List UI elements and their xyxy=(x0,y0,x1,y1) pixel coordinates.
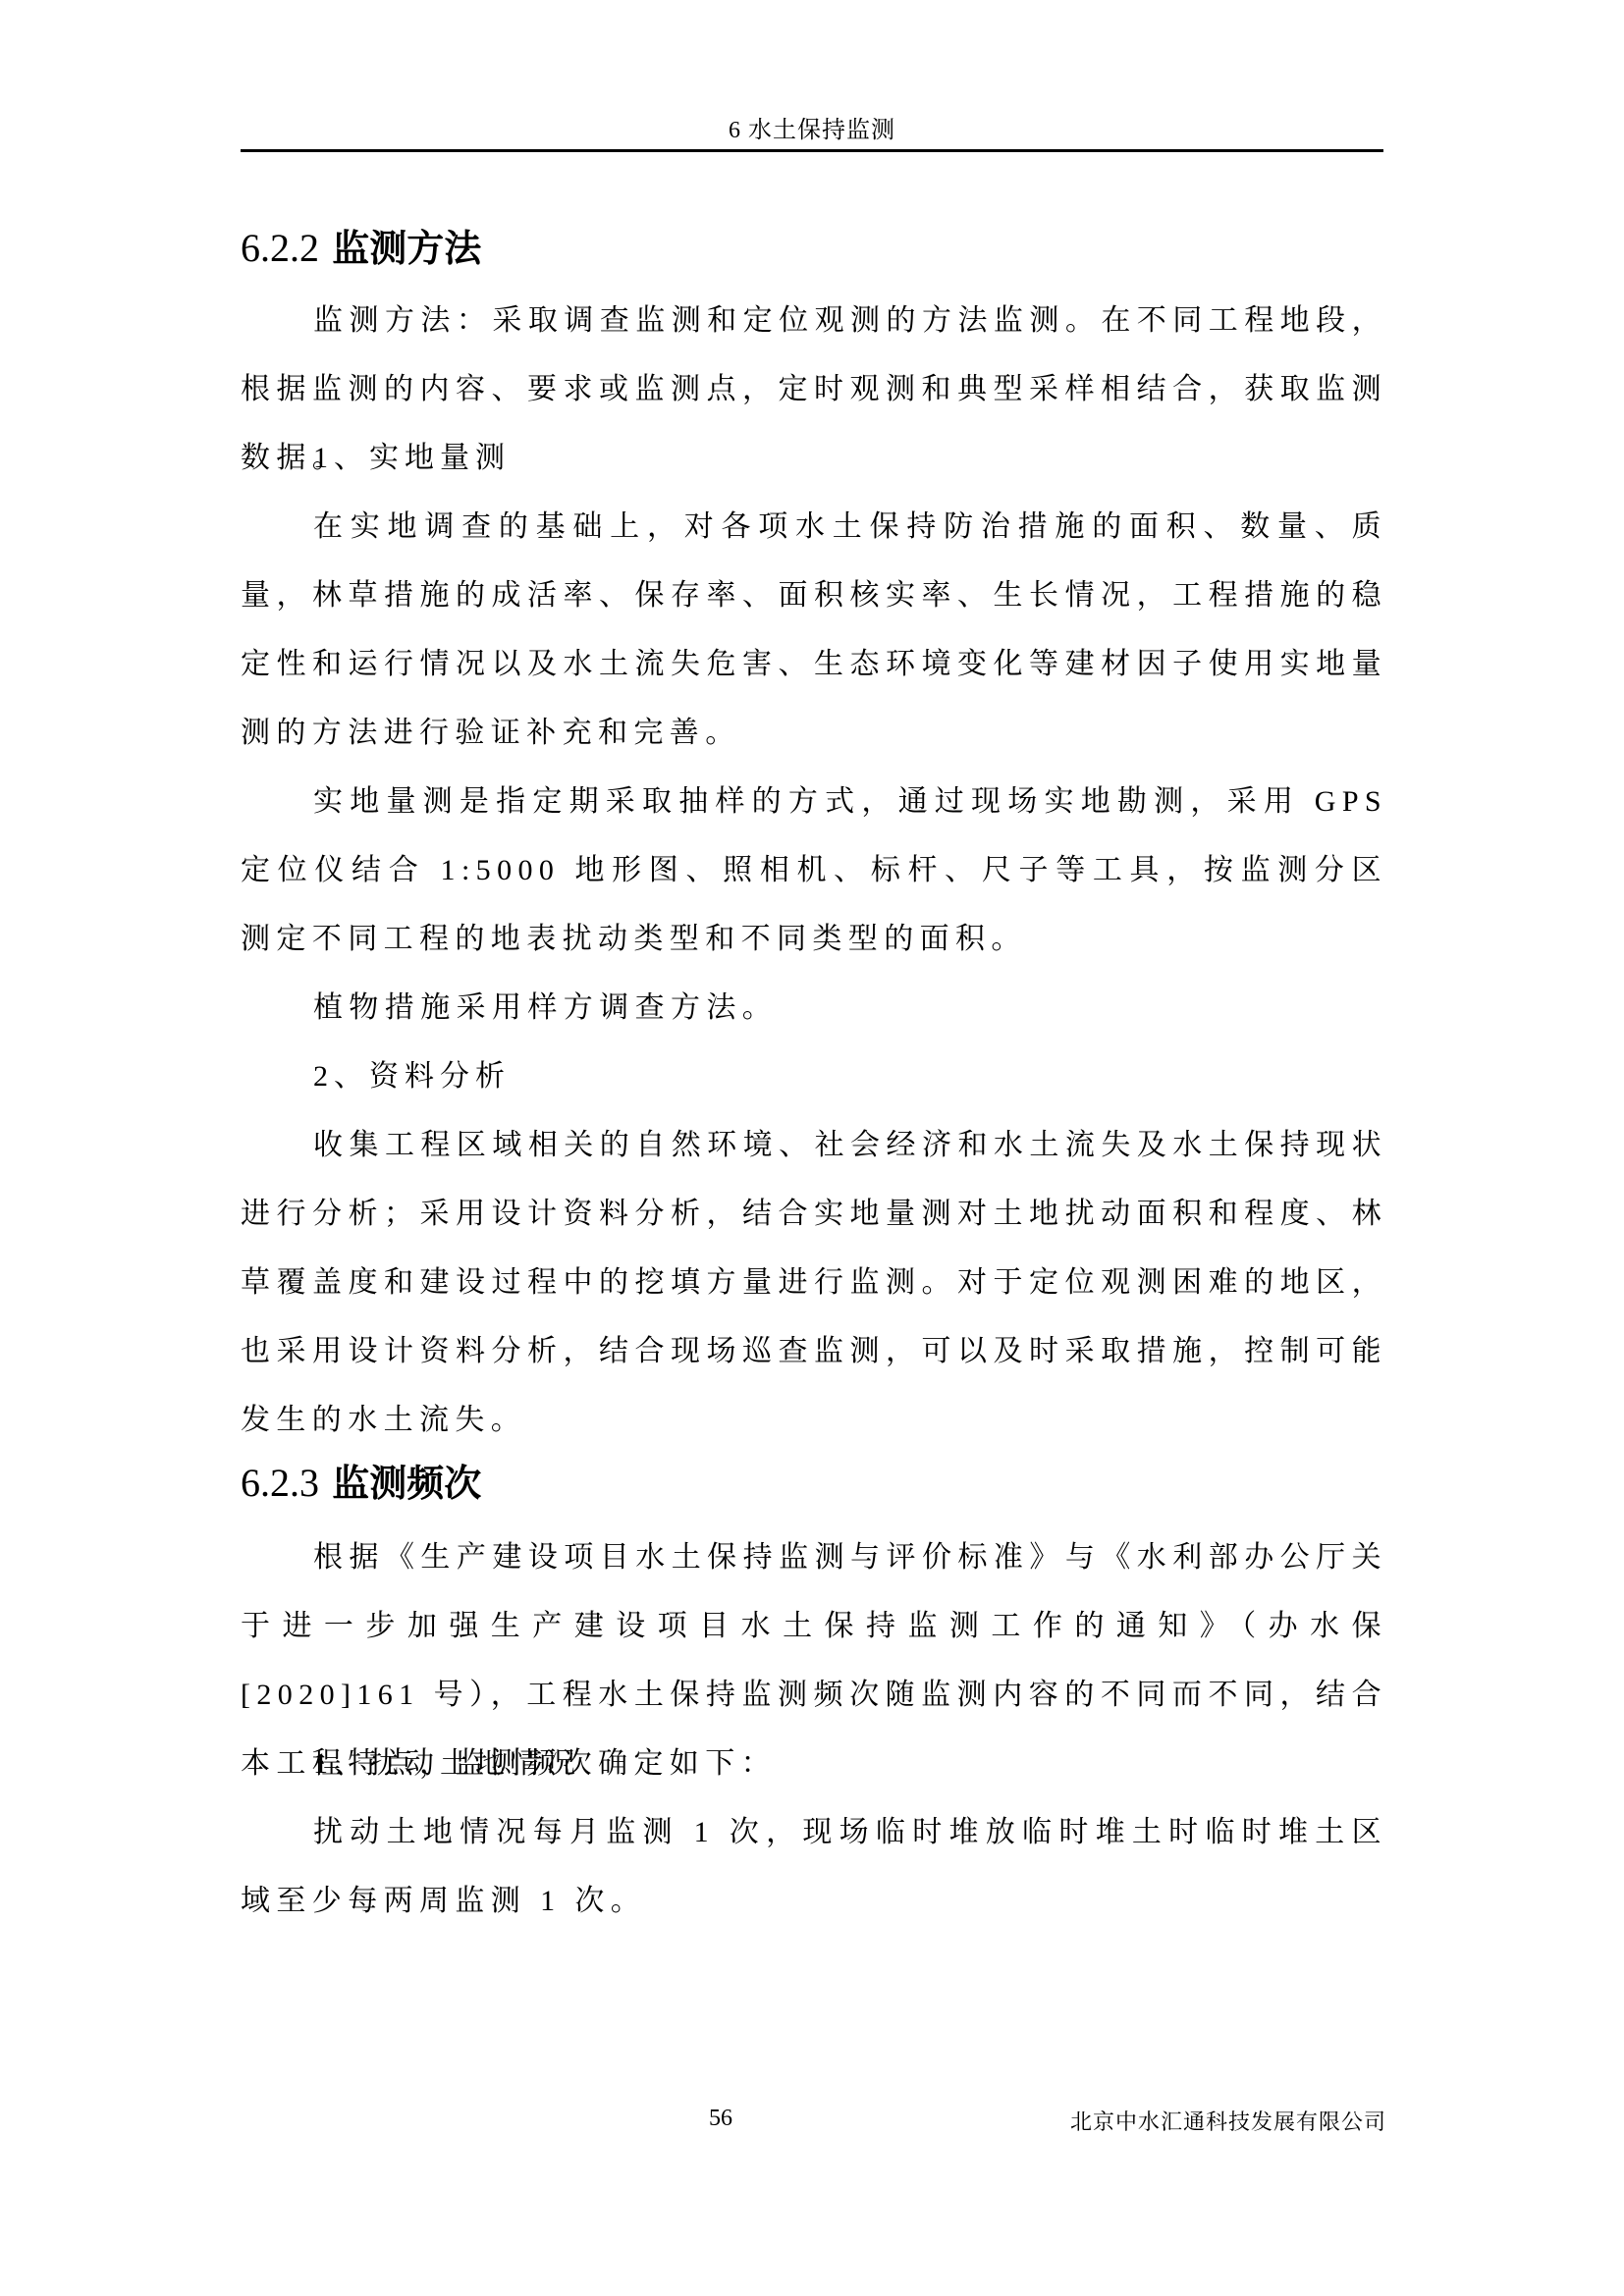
paragraph: 实地量测是指定期采取抽样的方式，通过现场实地勘测，采用 GPS 定位仪结合 1:… xyxy=(241,768,1387,974)
page-number: 56 xyxy=(709,2106,732,2132)
paragraph: 收集工程区域相关的自然环境、社会经济和水土流失及水土保持现状进行分析；采用设计资… xyxy=(241,1111,1387,1455)
company-name: 北京中水汇通科技发展有限公司 xyxy=(982,2106,1386,2136)
paragraph: 在实地调查的基础上，对各项水土保持防治措施的面积、数量、质量，林草措施的成活率、… xyxy=(241,493,1387,768)
header-rule xyxy=(241,149,1383,152)
subitem-title: 1、实地量测 xyxy=(313,424,511,493)
section-heading-6-2-2: 6.2.2 监测方法 xyxy=(241,218,481,272)
subitem-title: 2、资料分析 xyxy=(313,1042,511,1111)
section-title: 监测频次 xyxy=(332,1462,481,1505)
subitem-title: 1、扰动土地情况 xyxy=(313,1730,581,1798)
section-number: 6.2.2 xyxy=(241,226,319,270)
section-title: 监测方法 xyxy=(332,227,481,270)
paragraph: 植物措施采用样方调查方法。 xyxy=(241,974,1387,1042)
section-number: 6.2.3 xyxy=(241,1461,319,1505)
section-heading-6-2-3: 6.2.3 监测频次 xyxy=(241,1453,481,1507)
paragraph: 扰动土地情况每月监测 1 次，现场临时堆放临时堆土时临时堆土区域至少每两周监测 … xyxy=(241,1798,1387,1936)
running-title: 6 水土保持监测 xyxy=(241,110,1383,144)
